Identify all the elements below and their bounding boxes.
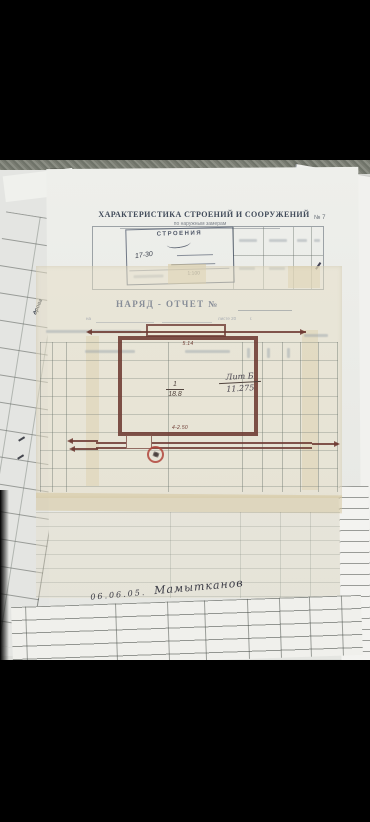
illegible-text bbox=[287, 348, 290, 358]
table-line bbox=[310, 512, 311, 598]
page-number: № 7 bbox=[314, 215, 325, 221]
room-area: 18.8 bbox=[150, 390, 200, 398]
form-title: ХАРАКТЕРИСТИКА СТРОЕНИЙ И СООРУЖЕНИЙ bbox=[84, 210, 324, 219]
plan-top-dimension: 5.14 bbox=[160, 341, 216, 347]
table-line bbox=[25, 607, 28, 660]
room-number-area: 1 18.8 bbox=[150, 381, 200, 398]
form-line-text: листе 20 bbox=[218, 316, 236, 321]
illegible-text bbox=[152, 451, 159, 458]
room-number: 1 bbox=[166, 381, 184, 390]
blank-line bbox=[96, 322, 154, 323]
illegible-text bbox=[239, 239, 257, 242]
dimension-line bbox=[72, 448, 98, 450]
table-line bbox=[318, 342, 319, 492]
blank-line bbox=[162, 322, 212, 323]
dimension-line bbox=[70, 440, 98, 442]
table-line bbox=[300, 342, 301, 492]
blank-line bbox=[238, 310, 292, 311]
form-line-text: г. bbox=[250, 316, 252, 321]
book-edge-shadow bbox=[0, 490, 9, 660]
table-line bbox=[66, 342, 67, 492]
table-line bbox=[204, 600, 207, 660]
dimension-arrow bbox=[334, 441, 340, 447]
table-line bbox=[233, 255, 323, 256]
table-line bbox=[115, 603, 118, 660]
table-line bbox=[280, 512, 281, 598]
illegible-text bbox=[267, 348, 270, 358]
dimension-arrow bbox=[300, 329, 306, 335]
table-line bbox=[341, 596, 344, 656]
table-line bbox=[279, 598, 282, 658]
work-order-title: НАРЯД - ОТЧЕТ № bbox=[116, 299, 219, 309]
table-line bbox=[262, 342, 263, 492]
stamp-title: СТРОЕНИЯ bbox=[126, 230, 232, 239]
dimension-line bbox=[88, 331, 306, 333]
form-line-text: на bbox=[86, 316, 91, 321]
table-line bbox=[337, 342, 338, 492]
document-photo: дрова с. след жил. кту № „8 кв сложная к… bbox=[0, 160, 370, 660]
liter-label-area: Лит Б 11.275 bbox=[213, 371, 266, 395]
plan-door-opening bbox=[126, 435, 152, 449]
stamp-line bbox=[177, 254, 213, 256]
plan-red-circle-mark bbox=[147, 446, 164, 463]
dimension-arrow bbox=[86, 329, 92, 335]
illegible-text bbox=[304, 334, 328, 337]
table-line bbox=[309, 597, 312, 657]
table-line bbox=[247, 599, 250, 659]
photo-frame: дрова с. след жил. кту № „8 кв сложная к… bbox=[0, 0, 370, 822]
ledger-table bbox=[11, 595, 363, 660]
stamp-number: 17-30 bbox=[135, 251, 154, 260]
table-line bbox=[282, 342, 283, 492]
plan-bottom-dimension: 4-2.50 bbox=[150, 425, 210, 431]
dimension-arrow bbox=[67, 438, 73, 444]
illegible-text bbox=[297, 239, 307, 242]
illegible-text bbox=[314, 239, 320, 242]
liter-label: Лит Б bbox=[219, 371, 261, 384]
dimension-arrow bbox=[69, 446, 75, 452]
plan-bottom-wall bbox=[96, 442, 126, 449]
illegible-text bbox=[269, 239, 287, 242]
tape-band bbox=[36, 493, 342, 514]
table-line bbox=[40, 342, 41, 492]
table-line bbox=[52, 342, 53, 492]
table-line bbox=[167, 602, 170, 660]
handwritten-mark bbox=[166, 238, 191, 250]
plan-bottom-wall bbox=[152, 442, 312, 449]
